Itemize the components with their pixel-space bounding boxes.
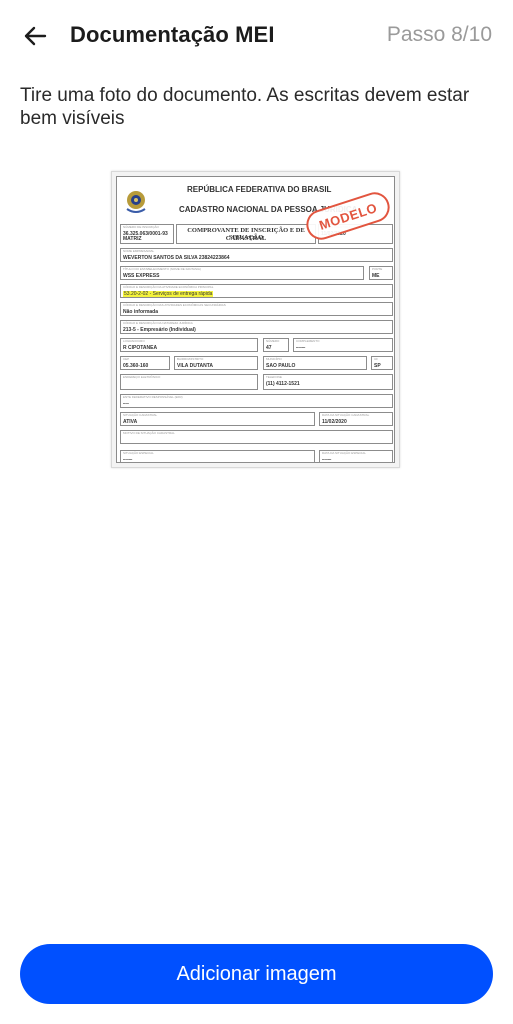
document-frame: REPÚBLICA FEDERATIVA DO BRASIL CADASTRO … bbox=[116, 176, 395, 463]
add-image-button[interactable]: Adicionar imagem bbox=[20, 944, 493, 1004]
field-numero: NÚMERO 47 bbox=[263, 338, 289, 352]
field-municipio: MUNICÍPIO SAO PAULO bbox=[263, 356, 367, 370]
instruction-text: Tire uma foto do documento. As escritas … bbox=[20, 84, 495, 130]
arrow-left-icon bbox=[23, 26, 47, 46]
field-atividade-principal: CÓDIGO E DESCRIÇÃO DA ATIVIDADE ECONÔMIC… bbox=[120, 284, 393, 298]
field-motivo: MOTIVO DE SITUAÇÃO CADASTRAL bbox=[120, 430, 393, 444]
field-situacao-especial: SITUAÇÃO ESPECIAL ******** bbox=[120, 450, 315, 463]
field-inscricao: NÚMERO DE INSCRIÇÃO 36.325.063/0001-93 M… bbox=[120, 224, 174, 244]
field-email: ENDEREÇO ELETRÔNICO bbox=[120, 374, 258, 390]
field-data-situacao: DATA DA SITUAÇÃO CADASTRAL 11/02/2020 bbox=[319, 412, 393, 426]
field-porte: PORTE ME bbox=[369, 266, 393, 280]
document-title-line1: REPÚBLICA FEDERATIVA DO BRASIL bbox=[187, 185, 331, 194]
app-header: Documentação MEI Passo 8/10 bbox=[0, 0, 513, 72]
back-button[interactable] bbox=[18, 20, 52, 52]
field-nome-empresarial: NOME EMPRESARIAL WEVERTON SANTOS DA SILV… bbox=[120, 248, 393, 262]
step-indicator: Passo 8/10 bbox=[387, 23, 492, 47]
field-complemento: COMPLEMENTO ******** bbox=[293, 338, 393, 352]
document-example-image: REPÚBLICA FEDERATIVA DO BRASIL CADASTRO … bbox=[111, 171, 400, 468]
field-uf: UF SP bbox=[371, 356, 393, 370]
field-efr: ENTE FEDERATIVO RESPONSÁVEL (EFR) ***** bbox=[120, 394, 393, 408]
field-comprovante: COMPROVANTE DE INSCRIÇÃO E DE SITUAÇÃO C… bbox=[176, 224, 316, 244]
field-telefone: TELEFONE (11) 4112-1521 bbox=[263, 374, 393, 390]
field-atividades-secundarias: CÓDIGO E DESCRIÇÃO DAS ATIVIDADES ECONÔM… bbox=[120, 302, 393, 316]
field-logradouro: LOGRADOURO R CIPOTANEA bbox=[120, 338, 258, 352]
brazil-coat-of-arms-icon bbox=[125, 189, 147, 215]
field-situacao: SITUAÇÃO CADASTRAL ATIVA bbox=[120, 412, 315, 426]
field-fantasia: TÍTULO DO ESTABELECIMENTO (NOME DE FANTA… bbox=[120, 266, 364, 280]
field-bairro: BAIRRO/DISTRITO VILA DUTANTA bbox=[174, 356, 258, 370]
page-title: Documentação MEI bbox=[70, 22, 275, 48]
field-cep: CEP 05.360-160 bbox=[120, 356, 170, 370]
field-data-situacao-especial: DATA DA SITUAÇÃO ESPECIAL ******** bbox=[319, 450, 393, 463]
field-natureza-juridica: CÓDIGO E DESCRIÇÃO DA NATUREZA JURÍDICA … bbox=[120, 320, 393, 334]
